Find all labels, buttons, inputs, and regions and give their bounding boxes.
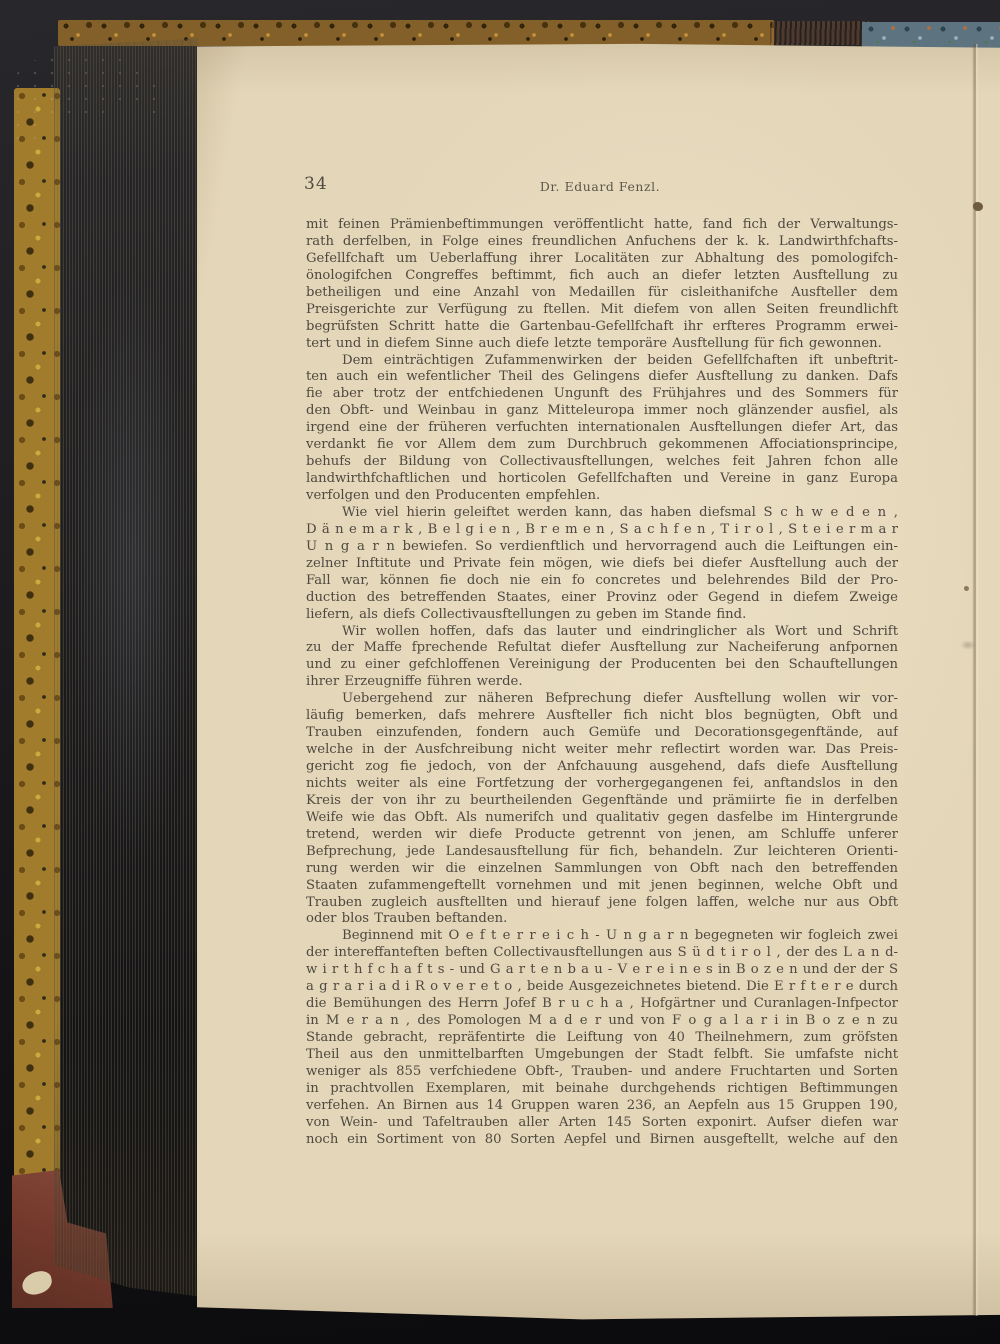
text-line: gericht zog fie jedoch, von der Anfchauu… [306,759,898,776]
text-line: die Bemühungen des Herrn Jofef B r u c h… [306,996,898,1013]
text-line: läufig bemerken, dafs mehrere Ausfteller… [306,708,898,725]
text-line: Theil aus den unmittelbarften Umgebungen… [306,1047,898,1064]
text-line: in prachtvollen Exemplaren, mit beinahe … [306,1081,898,1098]
text-line: zelner Inftitute und Private fein mögen,… [306,556,898,573]
text-line: nichts weiter als eine Fortfetzung der v… [306,776,898,793]
page-stack-shading [54,36,198,1304]
running-head: Dr. Eduard Fenzl. [306,179,894,194]
text-line: verfolgen und den Producenten empfehlen. [306,488,898,505]
text-line: behufs der Bildung von Collectivausftell… [306,454,898,471]
text-line: Beginnend mit O e f t e r r e i c h - U … [306,928,898,945]
text-line: begrüfsten Schritt hatte die Gartenbau-G… [306,319,898,336]
text-line: Dem einträchtigen Zufammenwirken der bei… [306,353,898,370]
text-line: der intereffanteften beften Collectivaus… [306,945,898,962]
text-line: fie aber trotz der entfchiedenen Ungunft… [306,386,898,403]
text-line: mit feinen Prämienbeftimmungen veröffent… [306,217,898,234]
text-line: irgend eine der früheren verfuchten inte… [306,420,898,437]
text-line: önologifchen Congreffes beftimmt, fich a… [306,268,898,285]
text-line: und zu einer gefchloffenen Vereinigung d… [306,657,898,674]
text-line: betheiligen und eine Anzahl von Medaille… [306,285,898,302]
text-line: Fall war, können fie doch nie ein fo con… [306,573,898,590]
text-line: D ä n e m a r k , B e l g i e n , B r e … [306,522,898,539]
text-line: Wie viel hierin geleiftet werden kann, d… [306,505,898,522]
text-line: verdankt fie vor Allem dem zum Durchbruc… [306,437,898,454]
book-cover-marbled-paper [14,88,60,1254]
text-line: ten auch ein wefentlicher Theil des Geli… [306,369,898,386]
text-line: Kreis der von ihr zu beurtheilenden Gege… [306,793,898,810]
page-text: mit feinen Prämienbeftimmungen veröffent… [306,217,898,1149]
text-line: landwirthfchaftlichen und horticolen Gef… [306,471,898,488]
text-line: zu der Maffe fprechende Refultat diefer … [306,640,898,657]
text-line: noch ein Sortiment von 80 Sorten Aepfel … [306,1132,898,1149]
text-line: U n g a r n bewiefen. So verdienftlich u… [306,539,898,556]
text-line: oder blos Trauben beftanden. [306,911,898,928]
paper-speck [964,586,969,591]
text-line: Wir wollen hoffen, dafs das lauter und e… [306,624,898,641]
text-line: Weife wie das Obft. Als numerifch und qu… [306,810,898,827]
text-line: Trauben einzufenden, fondern auch Gemüfe… [306,725,898,742]
book-top-edge-marbling-teal [862,22,1000,48]
book-top-edge-wood-grain [770,21,870,45]
text-line: Preisgerichte zur Verfügung zu ftellen. … [306,302,898,319]
text-line: von Wein- und Tafeltrauben aller Arten 1… [306,1115,898,1132]
text-line: duction des betreffenden Staates, einer … [306,590,898,607]
text-line: Gefellfchaft um Ueberlaffung ihrer Local… [306,251,898,268]
text-line: welche in der Ausfchreibung nicht weiter… [306,742,898,759]
paper-speck [973,202,983,211]
page-gutter-crease [972,44,978,1316]
text-line: w i r t h f c h a f t s - und G a r t e … [306,962,898,979]
text-line: Trauben zugleich ausftellten und hierauf… [306,895,898,912]
text-line: tretend, werden wir diefe Producte getre… [306,827,898,844]
text-line: rath derfelben, in Folge eines freundlic… [306,234,898,251]
text-line: den Obft- und Weinbau in ganz Mitteleuro… [306,403,898,420]
text-line: rung werden wir die einzelnen Sammlungen… [306,861,898,878]
text-line: verfehen. An Birnen aus 14 Gruppen waren… [306,1098,898,1115]
paper-smudge [960,640,976,650]
text-line: tert und in diefem Sinne auch diefe letz… [306,336,898,353]
text-line: liefern, als diefs Collectivausftellunge… [306,607,898,624]
scanned-book-photo: 34 Dr. Eduard Fenzl. mit feinen Prämienb… [0,0,1000,1344]
text-line: Befprechung, jede Landesausftellung für … [306,844,898,861]
text-line: ihrer Erzeugniffe führen werde. [306,674,898,691]
text-line: weniger als 855 verfchiedene Obft-, Trau… [306,1064,898,1081]
text-line: in M e r a n , des Pomologen M a d e r u… [306,1013,898,1030]
text-line: Staaten zufammengeftellt vornehmen und m… [306,878,898,895]
text-line: Uebergehend zur näheren Befprechung dief… [306,691,898,708]
text-line: a g r a r i a d i R o v e r e t o , beid… [306,979,898,996]
text-line: Stande gebracht, repräfentirte die Leift… [306,1030,898,1047]
